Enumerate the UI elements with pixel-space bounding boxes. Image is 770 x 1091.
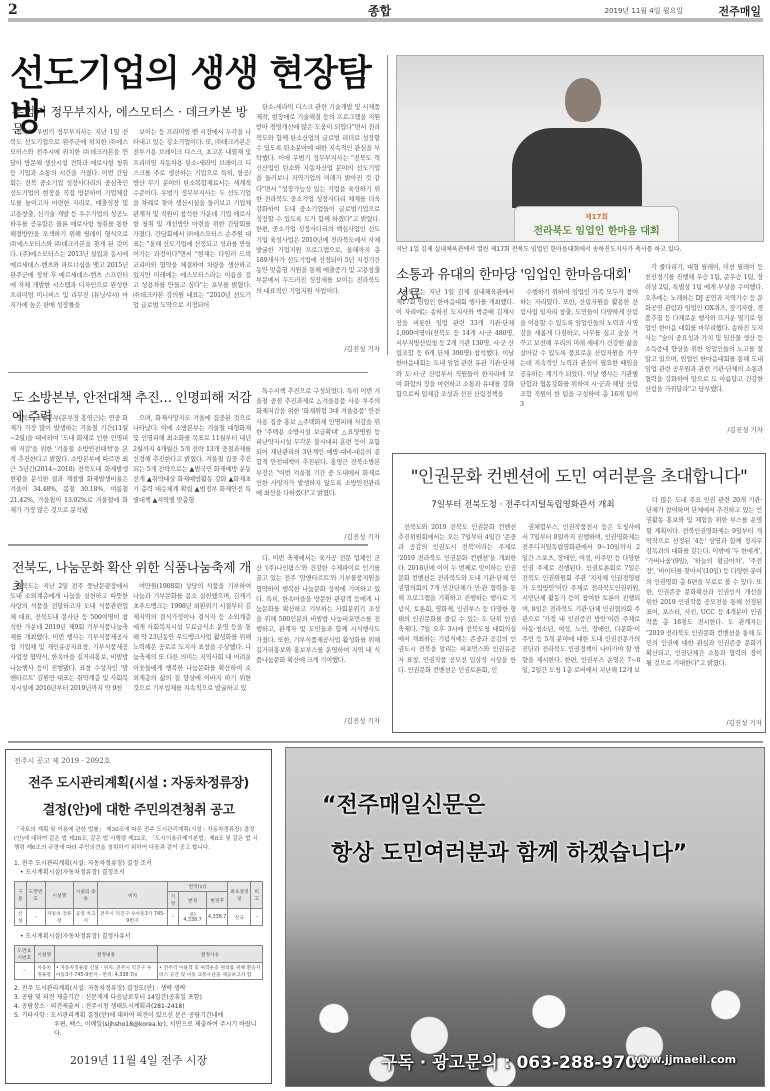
notice-sub2: • 도시계획시설(자동차정류장) 결정사유서 [14,932,263,941]
notice-section1: 1. 전주 도시관리계획(시설: 자동차정류장) 결정 조서 [14,859,263,868]
notice-number: 전주시 공고 제 2019 - 2092호 [14,756,263,766]
article1-column-3: 탄소-세라믹 디스크 관련 기술개발 및 시제품 제작, 현장애로 기술해결 등… [256,103,380,341]
article4-column-1: 전북도와 2019 전북도 인권문화 컨벤션 추진위원회에서는 오는 7일부터 … [398,523,516,715]
speaker-figure [565,78,601,122]
reason-table: 도면표시번호 시설명 결정내용 결정사유 - 자동차 정류장 • 자동차정류장 … [14,945,263,980]
subscription-ad: “전주매일신문은 항상 도민여러분과 함께 하겠습니다” 구독 · 광고문의 :… [285,747,765,1087]
notice-intro: 「국토의 계획 및 이용에 관한 법률」 제30조에 따른 전주 도시관리계획(… [14,826,263,853]
article4-byline: /김진성 기자 [646,718,762,727]
article1-column-1: 전북도 우범기 정무부지사는 지난 1일 전북도 선도기업으로 완주군에 위치한… [10,128,128,354]
notice-item-5-cont: 우편, 팩스, 이메일(sijhsho18@korea.kr), 서면으로 제출… [14,1020,263,1038]
ad-quote-line2: 항상 도민여러분과 함께 하겠습니다” [331,836,687,867]
article5-column-1: 전북도는 지난 2일 전주 풍남문광장에서 도내 소외계층에게 나눔을 실천하고… [10,582,128,722]
article4-subtitle: 7일부터 전북도청 · 전주디지털독립영화관서 개최 [408,498,638,510]
article2-column-2: 수행하기 위하여 임업인 가족 모두가 참여하는 자리였다. 또한, 산림자원을… [520,288,638,416]
article3-column-2: 으며, 화재사망자도 겨울에 집중된 것으로 나타났다. 이에 소방본부는 겨울… [133,414,251,526]
article4-headline: "인권문화 컨벤션에 도민 여러분을 초대합니다" [396,462,762,487]
ad-contact: 구독 · 광고문의 : 063-288-9700 [381,1048,649,1073]
notice-sub1: • 도시계획시설(자동차정류장) 결정조서 [14,868,263,877]
notice-item-2: 2. 전주 도시관리계획(시설: 자동차정류장) 결정도(안) : 생략 생략 [14,984,263,993]
column-divider [387,55,388,355]
article5-column-3: 다. 이번 축제에서는 육가공 전문 업체인 군산 '(주)나인팜스'와 건강한… [256,554,380,712]
divider [8,372,368,373]
decision-table: 구분 도면번호 시설명 시설의 종류 위치 면적(㎡) 최초결정일 비고 기정 … [14,881,263,926]
event-photo: 제17회 전라북도 임업인 한마음 대회 [396,55,764,242]
podium-banner: 제17회 전라북도 임업인 한마음 대회 [514,206,679,242]
table-row: 신설 - 자동차 정류장 공영 차고지 전주시 덕진구 우아동3가 745-9번… [15,909,263,926]
article3-byline: /김진성 기자 [256,532,380,541]
ad-quote-line1: “전주매일신문은 [322,788,485,819]
public-notice: 전주시 공고 제 2019 - 2092호 전주 도시관리계획(시설 : 자동차… [5,749,272,1084]
article2-byline: /김진성 기자 [645,425,763,434]
notice-item-3: 3. 공람 및 의견 제출기간 : 신문게재 다음날로부터 14일간(공휴일 포… [14,993,263,1002]
divider [8,741,763,743]
article2-column-1: 전북도는 지난 1일 김제 실내체육관에서 제17회 임업인 한마음대회 행사를… [396,288,514,416]
ad-url: www.jjmaeil.com [631,1053,736,1066]
article5-byline: /김진성 기자 [256,716,380,725]
article3-column-3: 특수시책 추진으로 구성되었다. 특히 이번 겨울철 중점 추진과제로 △겨울용… [256,387,380,533]
notice-title-line1: 전주 도시관리계획(시설 : 자동차정류장) [14,772,263,791]
notice-signature: 2019년 11월 4일 전주 시장 [14,1052,263,1068]
article1-column-2: 보이는 등 프리미엄 밴 시장에서 두각을 나타내고 있는 강소기업이다. 또,… [133,128,251,354]
masthead-rule [8,18,763,22]
masthead: 2 종합 2019년 11월 4일 월요일 전주매일 [8,0,763,20]
article3-column-1: 전북도 소방본부(본부장 홍영근)는 연중 화재가 가장 많이 발생하는 겨울철… [10,414,128,526]
newspaper-brand: 전주매일 [718,3,761,19]
speaker-figure-body [512,128,642,208]
divider [8,544,368,546]
section-label: 종합 [368,2,391,19]
notice-item-5: 5. 기타사항 : 도시관리계획 결정(안)에 대하여 의견이 있으신 분은 공… [14,1011,263,1020]
article1-byline: /김진성 기자 [256,344,380,353]
notice-title-line2: 결정(안)에 대한 주민의견청취 공고 [14,799,263,818]
issue-date: 2019년 11월 4일 월요일 [605,6,683,16]
article4-column-2: 권체험부스, 인권작품전시 등은 도청사에서 7일부터 8일까지 진행하며, 인… [522,523,640,715]
table-row: - 자동차 정류장 • 자동차정류장 신설 - 위치: 전주시 덕진구 우아동3… [15,963,263,980]
page-number: 2 [8,2,18,18]
article5-column-2: 여만원(1908회) 상당의 식품을 기부하여 나눔과 기부문화를 몸소 실천했… [133,582,251,722]
notice-item-4: 4. 공람장소 · 의견제출처 : 전주시청 생태도시계획과(281-2418) [14,1002,263,1011]
article2-column-3: 각 줄다리기, 대형 릴레이, 미션 릴레이 등 친선경기를 진행해 우승 1팀… [645,263,763,423]
article4-column-3: 다 많은 도내 주요 인권 관련 20개 기관·단체가 참여하며 단체에서 추진… [646,496,762,716]
photo-caption: 지난 1일 김제 실내체육관에서 열린 제17회 전북도 임업인 한마음대회에서… [396,244,764,253]
